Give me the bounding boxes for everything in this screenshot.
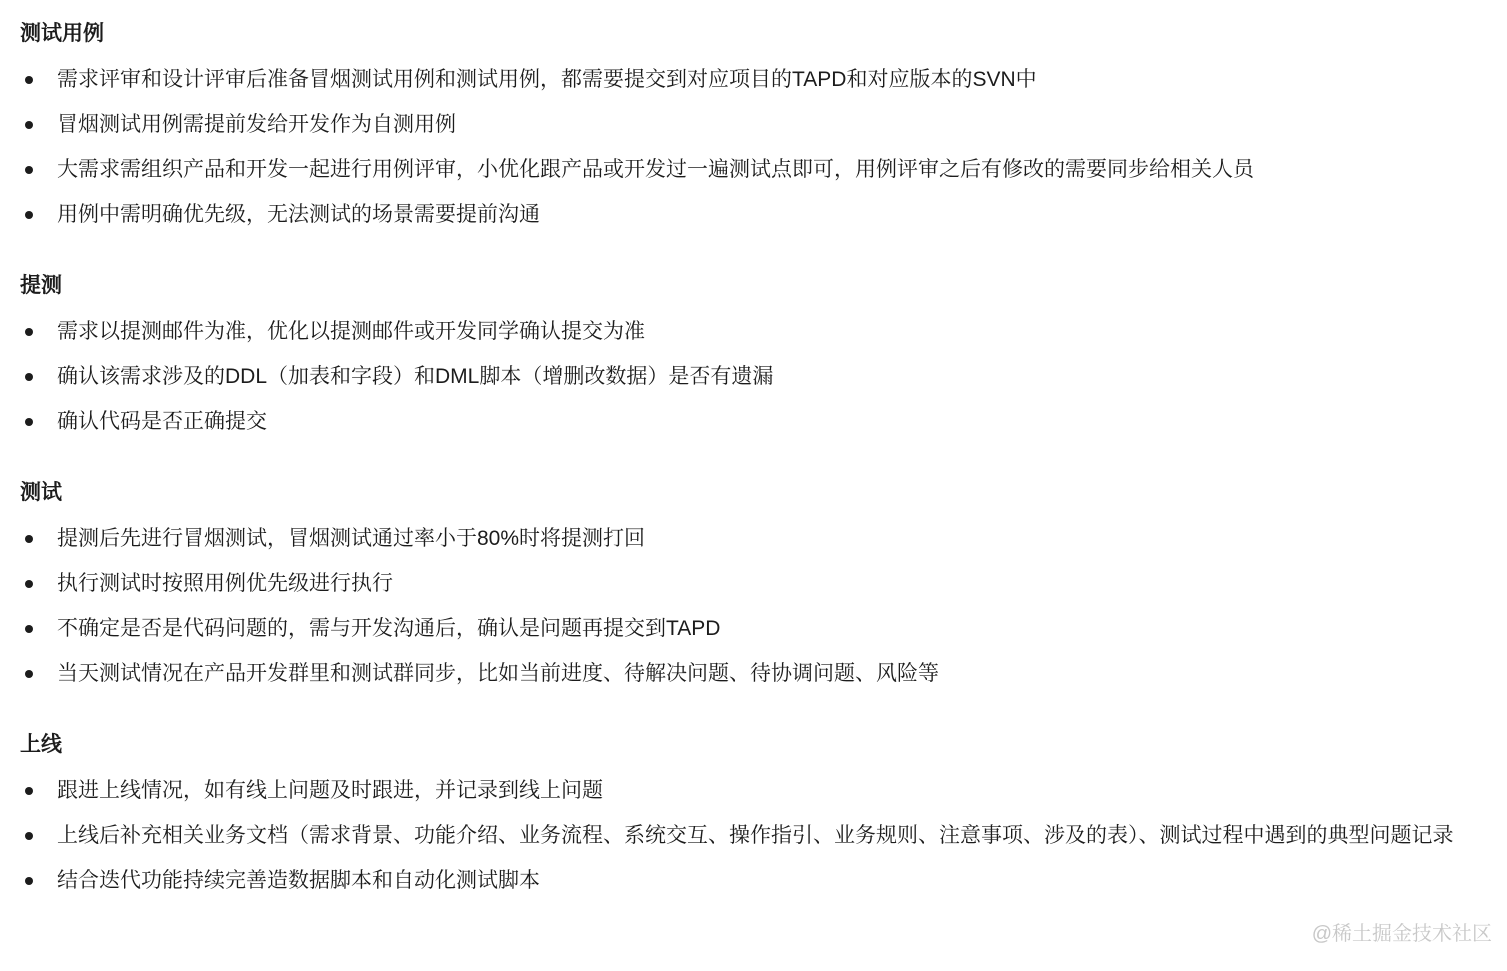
list-item: 执行测试时按照用例优先级进行执行 — [20, 570, 1507, 598]
bullet-icon — [25, 121, 33, 129]
bullet-icon — [25, 418, 33, 426]
list-item: 提测后先进行冒烟测试，冒烟测试通过率小于80%时将提测打回 — [20, 525, 1507, 553]
bullet-list: 跟进上线情况，如有线上问题及时跟进，并记录到线上问题 上线后补充相关业务文档（需… — [20, 777, 1507, 895]
list-item-text: 跟进上线情况，如有线上问题及时跟进，并记录到线上问题 — [57, 779, 603, 802]
bullet-icon — [25, 373, 33, 381]
section-submit-for-test: 提测 需求以提测邮件为准，优化以提测邮件或开发同学确认提交为准 确认该需求涉及的… — [20, 272, 1507, 436]
list-item: 冒烟测试用例需提前发给开发作为自测用例 — [20, 111, 1507, 139]
document-body: 测试用例 需求评审和设计评审后准备冒烟测试用例和测试用例，都需要提交到对应项目的… — [0, 0, 1507, 938]
section-heading: 提测 — [20, 272, 1507, 300]
list-item: 不确定是否是代码问题的，需与开发沟通后，确认是问题再提交到TAPD — [20, 615, 1507, 643]
list-item-text: 执行测试时按照用例优先级进行执行 — [57, 572, 393, 595]
list-item-text: 冒烟测试用例需提前发给开发作为自测用例 — [57, 113, 456, 136]
bullet-icon — [25, 76, 33, 84]
section-heading: 上线 — [20, 731, 1507, 759]
bullet-icon — [25, 166, 33, 174]
section-go-live: 上线 跟进上线情况，如有线上问题及时跟进，并记录到线上问题 上线后补充相关业务文… — [20, 731, 1507, 895]
list-item: 确认该需求涉及的DDL（加表和字段）和DML脚本（增删改数据）是否有遗漏 — [20, 363, 1507, 391]
list-item-text: 当天测试情况在产品开发群里和测试群同步，比如当前进度、待解决问题、待协调问题、风… — [57, 662, 939, 685]
list-item-text: 提测后先进行冒烟测试，冒烟测试通过率小于80%时将提测打回 — [57, 527, 645, 550]
bullet-icon — [25, 625, 33, 633]
list-item: 大需求需组织产品和开发一起进行用例评审，小优化跟产品或开发过一遍测试点即可，用例… — [20, 156, 1507, 184]
bullet-icon — [25, 211, 33, 219]
list-item: 用例中需明确优先级，无法测试的场景需要提前沟通 — [20, 201, 1507, 229]
section-testing: 测试 提测后先进行冒烟测试，冒烟测试通过率小于80%时将提测打回 执行测试时按照… — [20, 479, 1507, 688]
bullet-icon — [25, 580, 33, 588]
bullet-icon — [25, 832, 33, 840]
list-item-text: 不确定是否是代码问题的，需与开发沟通后，确认是问题再提交到TAPD — [57, 617, 720, 640]
watermark: @稀土掘金技术社区 — [1312, 920, 1492, 948]
list-item: 结合迭代功能持续完善造数据脚本和自动化测试脚本 — [20, 867, 1507, 895]
list-item: 跟进上线情况，如有线上问题及时跟进，并记录到线上问题 — [20, 777, 1507, 805]
list-item-text: 确认代码是否正确提交 — [57, 410, 267, 433]
list-item: 当天测试情况在产品开发群里和测试群同步，比如当前进度、待解决问题、待协调问题、风… — [20, 660, 1507, 688]
bullet-icon — [25, 328, 33, 336]
list-item-text: 用例中需明确优先级，无法测试的场景需要提前沟通 — [57, 203, 540, 226]
bullet-icon — [25, 535, 33, 543]
bullet-list: 提测后先进行冒烟测试，冒烟测试通过率小于80%时将提测打回 执行测试时按照用例优… — [20, 525, 1507, 688]
list-item-text: 需求以提测邮件为准，优化以提测邮件或开发同学确认提交为准 — [57, 320, 645, 343]
section-test-cases: 测试用例 需求评审和设计评审后准备冒烟测试用例和测试用例，都需要提交到对应项目的… — [20, 20, 1507, 229]
list-item-text: 大需求需组织产品和开发一起进行用例评审，小优化跟产品或开发过一遍测试点即可，用例… — [57, 158, 1254, 181]
list-item-text: 需求评审和设计评审后准备冒烟测试用例和测试用例，都需要提交到对应项目的TAPD和… — [57, 68, 1037, 91]
bullet-list: 需求评审和设计评审后准备冒烟测试用例和测试用例，都需要提交到对应项目的TAPD和… — [20, 66, 1507, 229]
list-item-text: 结合迭代功能持续完善造数据脚本和自动化测试脚本 — [57, 869, 540, 892]
bullet-icon — [25, 787, 33, 795]
list-item: 上线后补充相关业务文档（需求背景、功能介绍、业务流程、系统交互、操作指引、业务规… — [20, 822, 1507, 850]
bullet-icon — [25, 877, 33, 885]
section-heading: 测试 — [20, 479, 1507, 507]
bullet-list: 需求以提测邮件为准，优化以提测邮件或开发同学确认提交为准 确认该需求涉及的DDL… — [20, 318, 1507, 436]
list-item: 确认代码是否正确提交 — [20, 408, 1507, 436]
list-item: 需求以提测邮件为准，优化以提测邮件或开发同学确认提交为准 — [20, 318, 1507, 346]
section-heading: 测试用例 — [20, 20, 1507, 48]
list-item-text: 确认该需求涉及的DDL（加表和字段）和DML脚本（增删改数据）是否有遗漏 — [57, 365, 773, 388]
list-item: 需求评审和设计评审后准备冒烟测试用例和测试用例，都需要提交到对应项目的TAPD和… — [20, 66, 1507, 94]
bullet-icon — [25, 670, 33, 678]
list-item-text: 上线后补充相关业务文档（需求背景、功能介绍、业务流程、系统交互、操作指引、业务规… — [57, 824, 1454, 847]
